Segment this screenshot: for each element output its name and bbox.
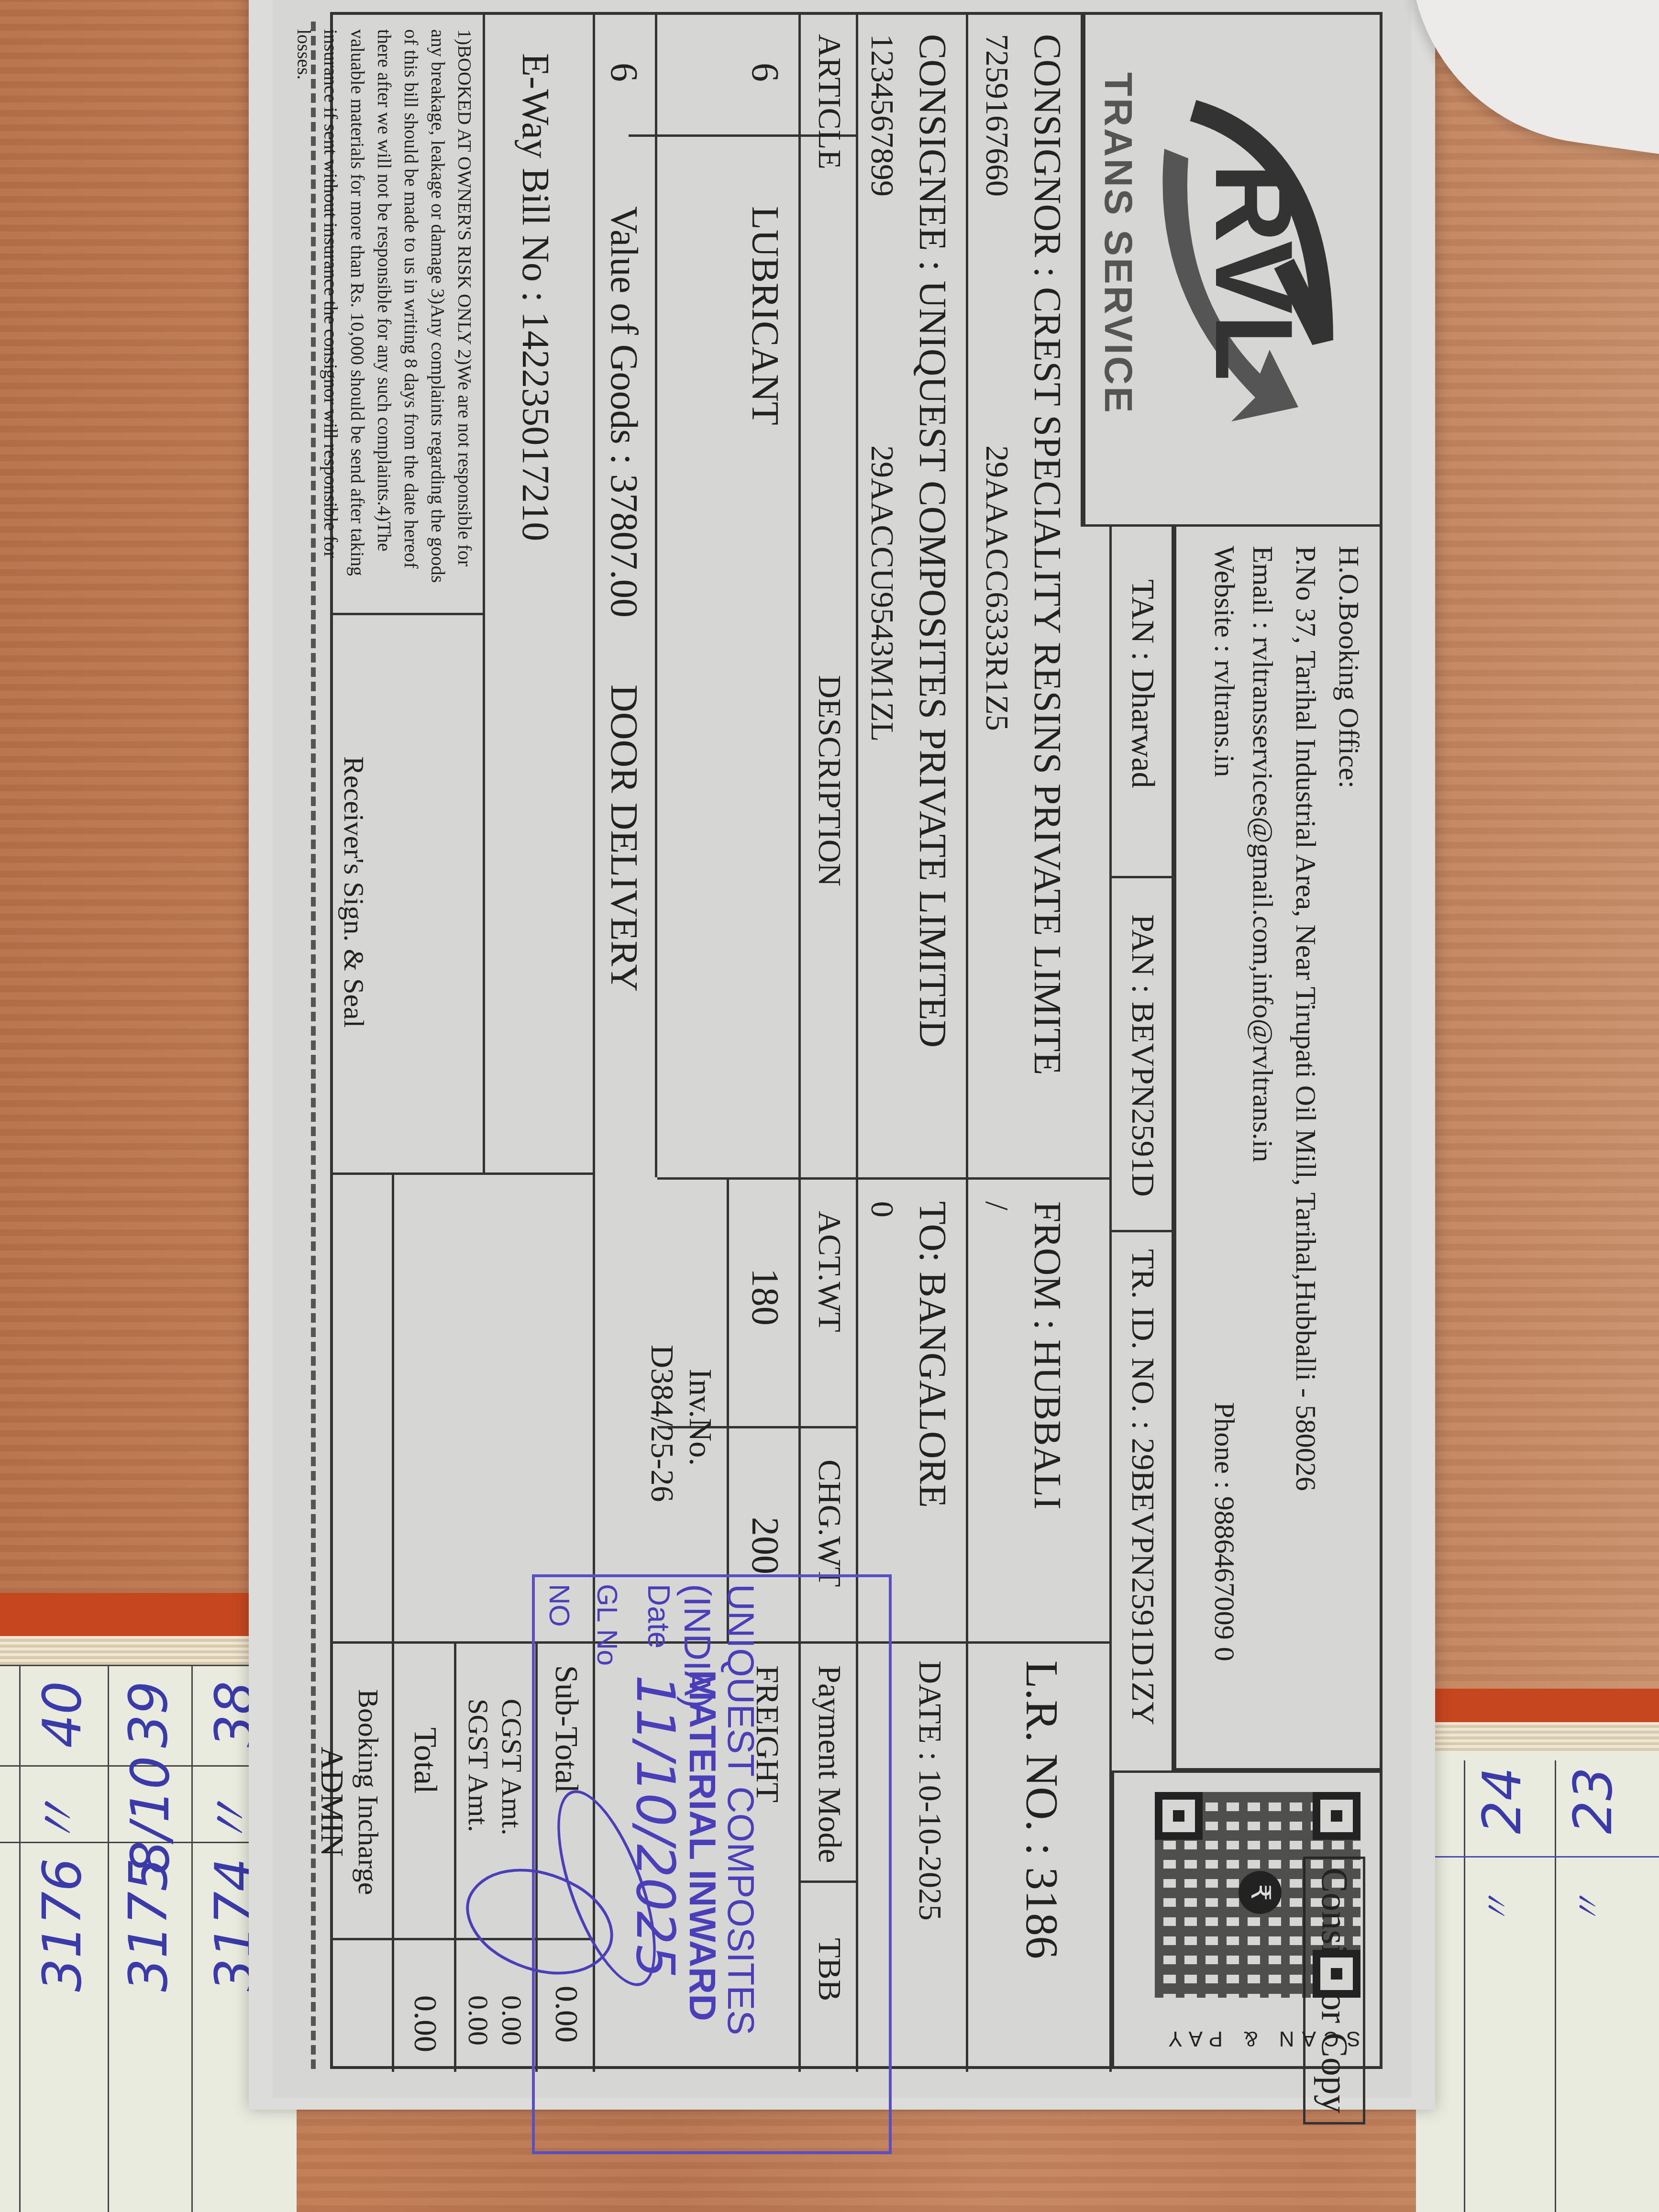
charge-sgst-label: SGST Amt. — [462, 1699, 495, 1832]
ledger-date: 〃 — [17, 1796, 93, 1848]
value-of-goods: Value of Goods : 37807.00 — [602, 206, 645, 618]
office-website[interactable]: Website : rvltrans.in — [1208, 546, 1241, 777]
ledger-sl: 24 — [1471, 1767, 1533, 1834]
office-email[interactable]: Email : rvltransservices@gmail.com,info@… — [1246, 546, 1279, 1162]
pan-number: PAN : BEVPN2591D — [1124, 914, 1162, 1197]
from-location: FROM : HUBBALI — [1025, 1201, 1069, 1510]
tr-id-number: TR. ID. NO. : 29BEVPN2591D1ZY — [1124, 1249, 1162, 1725]
logo-box: RVL TRANS SERVICE — [1083, 15, 1380, 527]
stamp-title: MATERIAL INWARD — [681, 1670, 724, 2021]
charge-cgst-value: 0.00 — [495, 1995, 528, 2046]
header-article: ARTICLE — [811, 34, 849, 169]
consignor-phone: 7259167660 — [978, 34, 1016, 197]
terms-and-conditions: 1)BOOKED AT OWNER'S RISK ONLY 2)We are n… — [290, 29, 478, 584]
ledger-lr: 3176 — [32, 1858, 93, 1992]
charge-sgst-value: 0.00 — [462, 1995, 495, 2046]
ledger-date: 〃 — [1562, 1892, 1610, 1926]
ledger-date: 8/10 — [120, 1756, 181, 1874]
charge-cgst-label: CGST Amt. — [495, 1699, 528, 1836]
charge-total-value: 0.00 — [407, 1995, 444, 2052]
tan-number: TAN : Dharwad — [1124, 579, 1162, 788]
header-act-wt: ACT.WT — [811, 1211, 849, 1332]
inv-label: Inv.No. — [682, 1369, 719, 1466]
ledger-grid: 23 24 〃 〃 — [1416, 1760, 1659, 2212]
ledger-lr: 3175 — [118, 1858, 179, 1992]
qr-caption: SCAN & PAY — [1161, 2012, 1360, 2050]
total-articles: 6 — [602, 63, 645, 82]
inv-number: D384/25-26 — [643, 1345, 681, 1502]
stamp-date-label: Date — [641, 1584, 676, 1648]
receipt-date: DATE : 10-10-2025 — [911, 1660, 949, 1921]
ledger-page-edges — [1416, 1722, 1659, 1751]
lorry-receipt-photo: RVL TRANS SERVICE H.O.Booking Office: P.… — [249, 0, 1435, 2110]
row-act-wt: 180 — [743, 1268, 786, 1326]
ledger-sl: 23 — [1562, 1767, 1624, 1834]
office-address: P.No 37, Tarihal Industrial Area, Near T… — [1289, 546, 1322, 1491]
to-sub: 0 — [863, 1201, 901, 1217]
row-chg-wt: 200 — [743, 1517, 786, 1574]
office-info: H.O.Booking Office: P.No 37, Tarihal Ind… — [1174, 527, 1380, 1770]
lorry-receipt: RVL TRANS SERVICE H.O.Booking Office: P.… — [273, 0, 1411, 2098]
to-location: TO: BANGALORE — [910, 1201, 954, 1508]
consignor-name: CONSIGNOR : CREST SPECIALITY RESINS PRIV… — [1025, 34, 1069, 1075]
consignee-name: CONSIGNEE : UNIQUEST COMPOSITES PRIVATE … — [910, 34, 954, 1048]
qr-finder — [1313, 1792, 1360, 1840]
rvl-logo: RVL — [1150, 91, 1351, 426]
ledger-sl: 40 — [32, 1681, 93, 1748]
lr-number: L.R. NO. : 3186 — [1016, 1660, 1069, 1959]
office-phone: Phone : 9886467009 0 — [1208, 1402, 1241, 1661]
consignee-gstin: 29AACCU9543M1ZL — [863, 445, 901, 742]
ledger-spine — [1416, 1689, 1659, 1722]
charge-total-label: Total — [407, 1727, 444, 1794]
ledger-date: 〃 — [1471, 1892, 1519, 1926]
from-sub: / — [978, 1201, 1016, 1210]
perforation-line — [311, 22, 316, 2069]
row-article: 6 — [743, 63, 786, 82]
header-chg-wt: CHG.WT — [811, 1460, 849, 1587]
qr-finder — [1155, 1792, 1203, 1840]
office-label: H.O.Booking Office: — [1332, 546, 1365, 788]
qr-finder — [1313, 1950, 1360, 1998]
consignee-phone: 1234567899 — [863, 34, 901, 197]
company-name: TRANS SERVICE — [1095, 72, 1140, 415]
logo-text: RVL — [1191, 163, 1317, 381]
ledger-book-right: 23 24 〃 〃 — [1416, 1689, 1659, 2212]
eway-bill-number: E-Way Bill No : 142235017210 — [513, 53, 557, 541]
ledger-sl: 39 — [118, 1681, 179, 1748]
stamp-no-label: NO — [543, 1584, 576, 1627]
row-description: LUBRICANT — [743, 206, 786, 425]
booking-incharge-name: ADMIN — [313, 1747, 351, 1857]
delivery-type: DOOR DELIVERY — [602, 685, 645, 992]
consignor-gstin: 29AAACC6333R1Z5 — [978, 445, 1016, 731]
booking-incharge-label: Booking Incharge — [352, 1689, 385, 1895]
stamp-gl-label: GL No — [591, 1584, 624, 1666]
receipt-frame: RVL TRANS SERVICE H.O.Booking Office: P.… — [330, 12, 1382, 2069]
receiver-sign-label: Receiver's Sign. & Seal — [337, 756, 370, 1028]
rupee-icon: ₹ — [1239, 1871, 1282, 1914]
payment-qr[interactable]: ₹ SCAN & PAY — [1112, 1770, 1380, 2067]
header-description: DESCRIPTION — [811, 675, 849, 886]
